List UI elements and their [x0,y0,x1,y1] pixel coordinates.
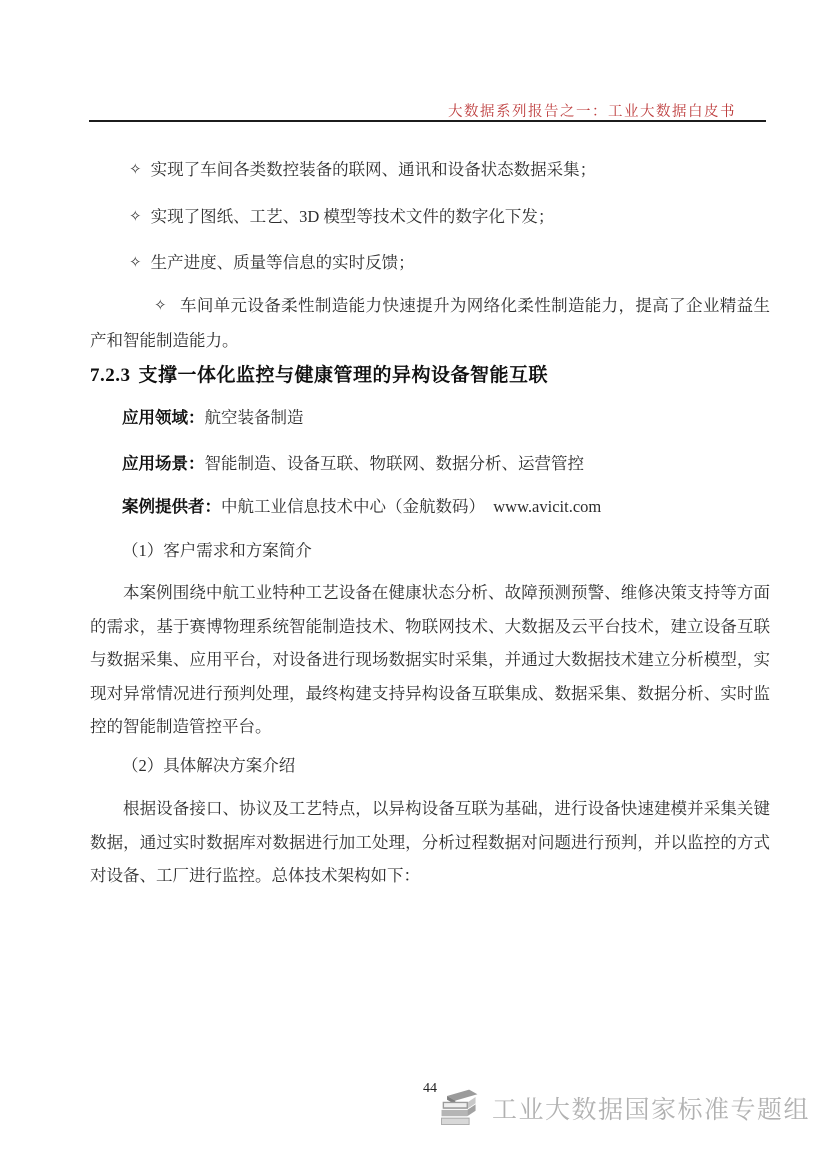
meta-label: 应用领域： [122,409,205,427]
body-paragraph: 本案例围绕中航工业特种工艺设备在健康状态分析、故障预测预警、维修决策支持等方面的… [90,576,770,744]
meta-row-provider: 案例提供者：中航工业信息技术中心（金航数码） www.avicit.com [90,493,770,517]
bullet-item: ✧实现了图纸、工艺、3D 模型等技术文件的数字化下发； [90,205,770,230]
body-paragraph: 根据设备接口、协议及工艺特点，以异构设备互联为基础，进行设备快速建模并采集关键数… [90,792,770,893]
bullet-text: 车间单元设备柔性制造能力快速提升为网络化柔性制造能力，提高了企业精益生产和智能制… [90,296,770,350]
meta-value: 航空装备制造 [205,408,304,427]
diamond-bullet-icon: ✧ [129,205,142,229]
diamond-bullet-icon: ✧ [122,290,167,323]
bullet-item: ✧实现了车间各类数控装备的联网、通讯和设备状态数据采集； [90,158,770,183]
meta-value: 中航工业信息技术中心（金航数码） www.avicit.com [221,497,601,516]
bullet-item: ✧生产进度、质量等信息的实时反馈； [90,251,770,276]
footer-brand-text: 工业大数据国家标准专题组 [492,1090,810,1126]
bullet-item: ✧车间单元设备柔性制造能力快速提升为网络化柔性制造能力，提高了企业精益生产和智能… [90,289,770,357]
bullet-text: 生产进度、质量等信息的实时反馈； [151,253,415,272]
header-title: 大数据系列报告之一：工业大数据白皮书 [448,100,736,121]
footer-brand: 工业大数据国家标准专题组 [436,1086,810,1130]
header-rule [89,120,766,122]
books-logo-icon [436,1086,482,1130]
section-number: 7.2.3 [90,365,131,386]
subsection-title: （1）客户需求和方案简介 [90,537,770,561]
section-title: 支撑一体化监控与健康管理的异构设备智能互联 [139,365,549,386]
bullet-text: 实现了图纸、工艺、3D 模型等技术文件的数字化下发； [151,207,555,226]
meta-row-domain: 应用领域：航空装备制造 [90,404,770,428]
meta-label: 案例提供者： [122,498,221,516]
document-page: 大数据系列报告之一：工业大数据白皮书 ✧实现了车间各类数控装备的联网、通讯和设备… [0,0,826,1169]
diamond-bullet-icon: ✧ [129,158,142,182]
bullet-text: 实现了车间各类数控装备的联网、通讯和设备状态数据采集； [151,160,597,179]
section-heading: 7.2.3支撑一体化监控与健康管理的异构设备智能互联 [90,360,770,387]
subsection-title: （2）具体解决方案介绍 [90,752,770,776]
meta-value: 智能制造、设备互联、物联网、数据分析、运营管控 [205,454,585,473]
diamond-bullet-icon: ✧ [129,251,142,275]
meta-label: 应用场景： [122,455,205,473]
meta-row-scenario: 应用场景：智能制造、设备互联、物联网、数据分析、运营管控 [90,450,770,474]
